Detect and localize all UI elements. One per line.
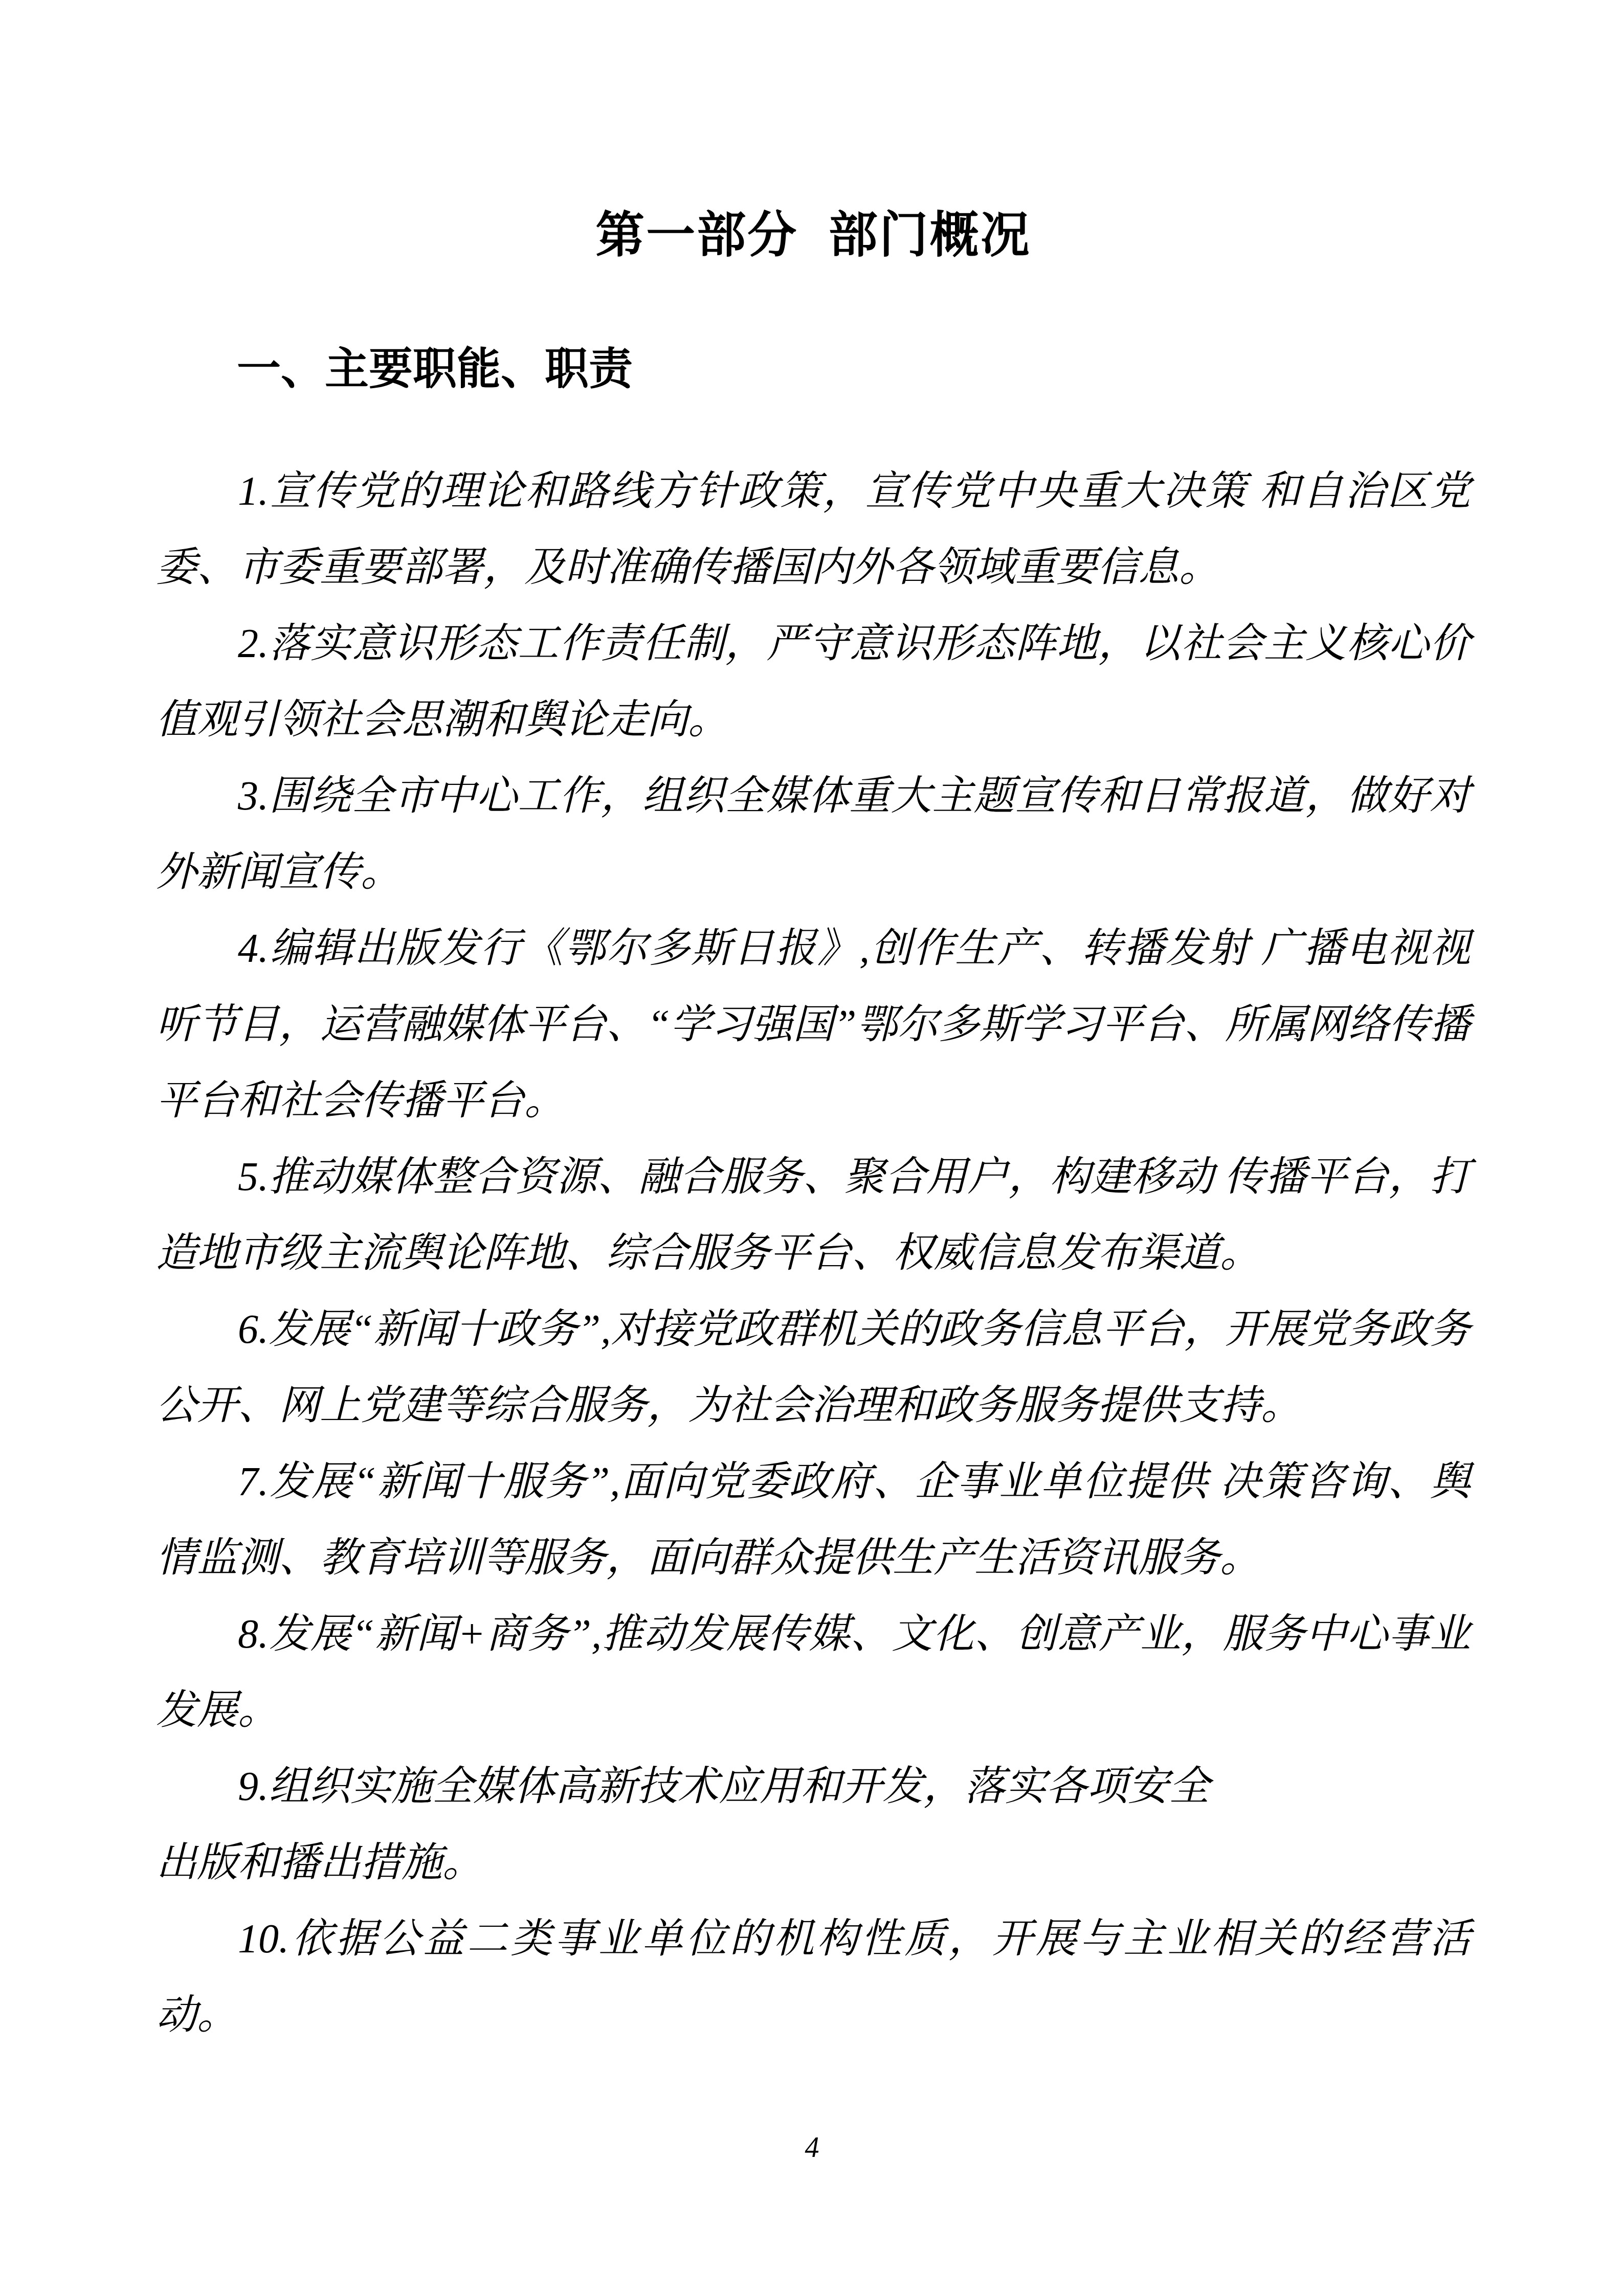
section-heading: 一、主要职能、职责 (156, 344, 1471, 395)
document-page: 第一部分 部门概况 一、主要职能、职责 1.宣传党的理论和路线方针政策，宣传党中… (0, 0, 1624, 2296)
paragraph-8: 8.发展“新闻+商务”,推动发展传媒、文化、创意产业，服务中心事业发展。 (156, 1596, 1471, 1749)
page-number: 4 (0, 2131, 1624, 2164)
paragraph-1: 1.宣传党的理论和路线方针政策，宣传党中央重大决策 和自治区党委、市委重要部署，… (156, 454, 1471, 606)
paragraph-3: 3.围绕全市中心工作，组织全媒体重大主题宣传和日常报道，做好对外新闻宣传。 (156, 758, 1471, 911)
document-title: 第一部分 部门概况 (156, 206, 1471, 264)
paragraph-2: 2.落实意识形态工作责任制，严守意识形态阵地，以社会主义核心价值观引领社会思潮和… (156, 606, 1471, 758)
paragraph-9: 9.组织实施全媒体高新技术应用和开发，落实各项安全 出版和播出措施。 (156, 1749, 1471, 1901)
paragraph-5: 5.推动媒体整合资源、融合服务、聚合用户，构建移动 传播平台，打造地市级主流舆论… (156, 1139, 1471, 1292)
paragraph-7: 7.发展“新闻十服务”,面向党委政府、企事业单位提供 决策咨询、舆情监测、教育培… (156, 1444, 1471, 1596)
body-text: 1.宣传党的理论和路线方针政策，宣传党中央重大决策 和自治区党委、市委重要部署，… (156, 454, 1471, 2054)
page-content: 第一部分 部门概况 一、主要职能、职责 1.宣传党的理论和路线方针政策，宣传党中… (156, 0, 1471, 2054)
paragraph-10: 10.依据公益二类事业单位的机构性质，开展与主业相关的经营活动。 (156, 1901, 1471, 2054)
paragraph-6: 6.发展“新闻十政务”,对接党政群机关的政务信息平台，开展党务政务公开、网上党建… (156, 1292, 1471, 1444)
paragraph-4: 4.编辑出版发行《鄂尔多斯日报》,创作生产、转播发射 广播电视视听节目，运营融媒… (156, 911, 1471, 1139)
